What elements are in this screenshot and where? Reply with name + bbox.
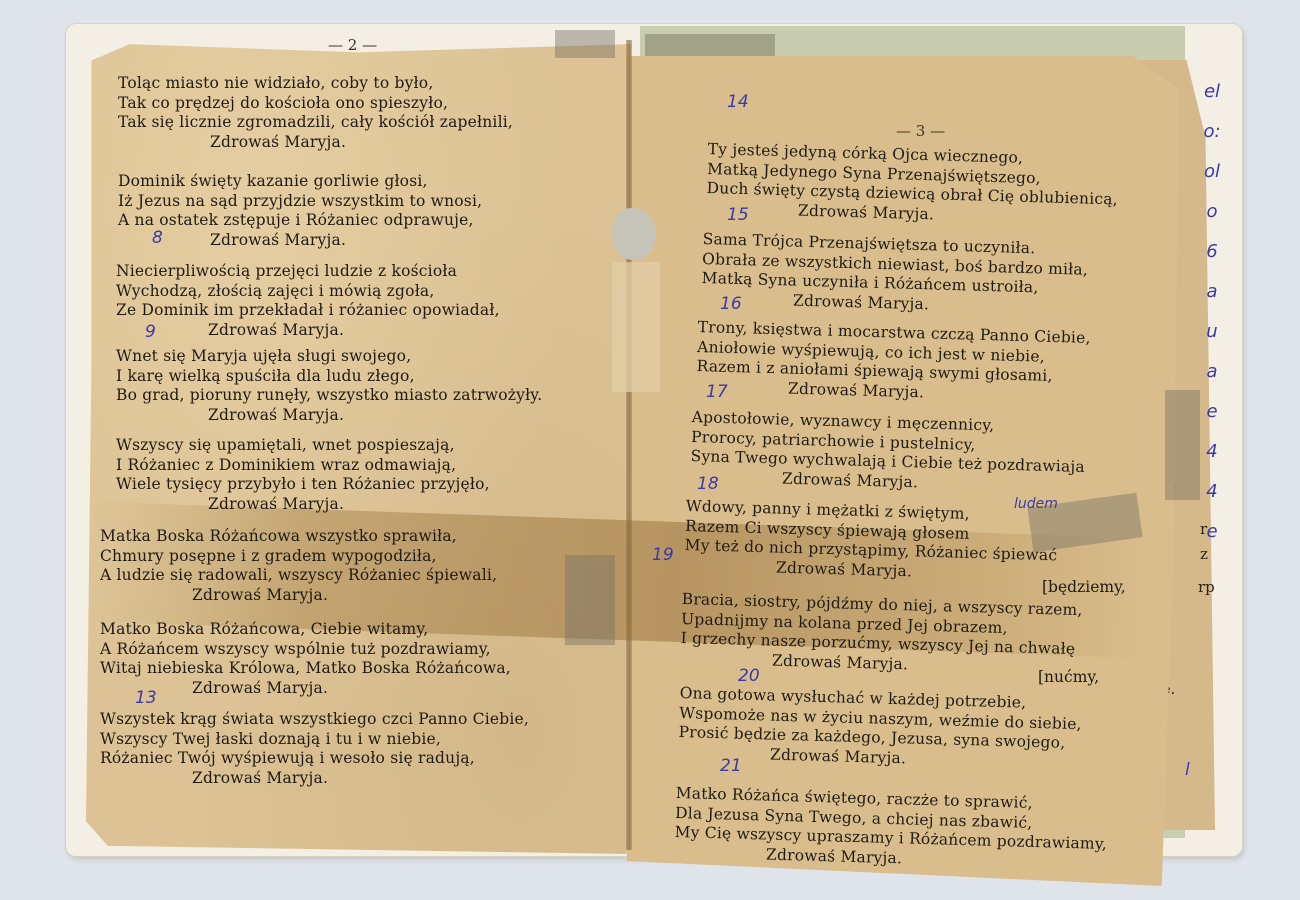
page-number-right: — 3 — [896,122,945,140]
stanza: Apostołowie, wyznawcy i męczennicy, Pror… [690,408,1086,497]
handwritten-number: 19 [652,545,674,565]
stanza: Niecierpliwością przejęci ludzie z kości… [116,262,500,340]
stanza: Wnet się Maryja ujęła sługi swojego, I k… [116,347,542,425]
stanza: Matka Boska Różańcowa wszystko sprawiła,… [100,527,497,605]
handwritten-number: 17 [706,382,728,402]
tape-piece [1165,390,1200,500]
stanza: Wdowy, panny i mężatki z świętym, Razem … [684,497,1059,585]
handwritten-number: 21 [720,756,742,776]
tape-piece [555,30,615,58]
handwritten-number: 9 [145,322,156,342]
hanging-word: [nućmy, [1038,668,1099,686]
handwritten-number: 14 [727,92,749,112]
handwritten-number: 20 [738,666,760,686]
stanza: Trony, księstwa i mocarstwa czczą Panno … [696,318,1091,407]
handwritten-number: 18 [697,474,719,494]
fragment-text: rp [1198,578,1215,596]
spine-tape [612,262,660,392]
stanza: Wszyscy się upamiętali, wnet pospieszają… [116,436,490,514]
handwritten-number: 13 [135,688,157,708]
handwritten-number: 15 [727,205,749,225]
stanza: Toląc miasto nie widziało, coby to było,… [118,74,513,152]
hanging-word: [będziemy, [1042,578,1126,596]
stanza: Matko Boska Różańcowa, Ciebie witamy, A … [100,620,511,698]
page-number-left: — 2 — [328,36,377,54]
handwritten-number: 8 [152,228,163,248]
handwritten-number: 16 [720,294,742,314]
margin-scribble-l: l [1185,760,1190,780]
book-spine [626,40,632,850]
stanza: Dominik święty kazanie gorliwie głosi, I… [118,172,482,250]
tape-piece [565,555,615,645]
stanza: Sama Trójca Przenajświętsza to uczyniła.… [701,230,1089,319]
stanza: Ty jesteś jedyną córką Ojca wiecznego, M… [706,140,1119,229]
handwritten-annotation: ludem [1014,496,1058,512]
stanza: Matko Różańca świętego, raczże to sprawi… [674,784,1108,874]
stanza: Wszystek krąg świata wszystkiego czci Pa… [100,710,529,788]
spine-tear [612,208,656,260]
